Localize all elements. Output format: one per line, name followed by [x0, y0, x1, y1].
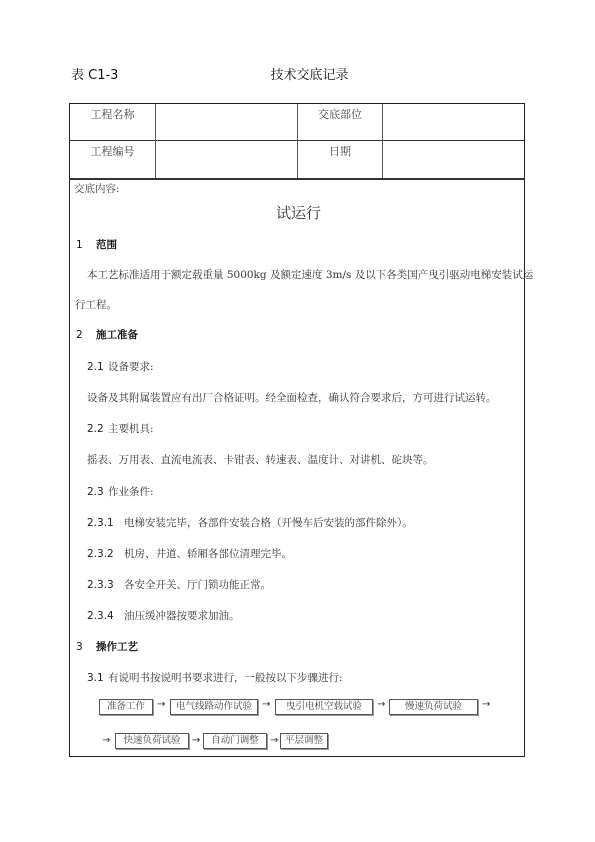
- subheading-number: 2.1: [87, 361, 108, 373]
- heading-text: 施工准备: [96, 329, 138, 341]
- document-title: 技术交底记录: [0, 64, 595, 83]
- heading-number: 3: [76, 641, 96, 653]
- flow-step-preparation: 准备工作: [99, 699, 153, 715]
- date-label: 日期: [298, 143, 382, 159]
- flow-step-leveling-adjust: 平层调整: [280, 733, 328, 749]
- subheading-number: 2.2: [87, 423, 108, 435]
- arrow-icon: →: [377, 699, 385, 710]
- arrow-icon: →: [192, 735, 200, 746]
- flow-step-slow-load-test: 慢速负荷试验: [389, 699, 478, 715]
- subheading-text: 作业条件:: [108, 486, 154, 498]
- scope-paragraph-line2: 行工程。: [75, 297, 117, 312]
- flow-step-fast-load-test: 快速负荷试验: [115, 733, 189, 749]
- subheading-number: 2.3: [87, 486, 108, 498]
- subheading-number: 3.1: [87, 672, 108, 684]
- subheading-tools: 2.2主要机具:: [87, 421, 154, 436]
- subheading-text: 主要机具:: [108, 423, 154, 435]
- scope-paragraph-line1: 本工艺标准适用于额定载重量 5000kg 及额定速度 3m/s 及以下各类国产曳…: [87, 267, 533, 282]
- project-no-field[interactable]: [156, 141, 297, 178]
- subheading-text: 设备要求:: [108, 361, 154, 373]
- item-text: 油压缓冲器按要求加油。: [124, 610, 240, 622]
- project-name-field[interactable]: [156, 104, 297, 140]
- date-field[interactable]: [383, 141, 524, 178]
- subheading-text: 有说明书按说明书要求进行，一般按以下步骤进行:: [108, 672, 343, 684]
- flow-step-motor-noload-test: 曳引电机空载试验: [275, 699, 373, 715]
- condition-item: 2.3.2机房、井道、轿厢各部位清理完毕。: [87, 546, 292, 561]
- heading-preparation: 2施工准备: [76, 327, 138, 342]
- item-number: 2.3.2: [87, 548, 124, 560]
- tools-text: 摇表、万用表、直流电流表、卡钳表、转速表、温度计、对讲机、砣块等。: [87, 452, 434, 467]
- arrow-icon: →: [102, 735, 110, 746]
- subheading-procedure: 3.1有说明书按说明书要求进行，一般按以下步骤进行:: [87, 670, 343, 685]
- subheading-equipment: 2.1设备要求:: [87, 359, 154, 374]
- section-title: 试运行: [0, 202, 595, 223]
- condition-item: 2.3.3各安全开关、厅门锁功能正常。: [87, 577, 271, 592]
- condition-item: 2.3.4油压缓冲器按要求加油。: [87, 608, 240, 623]
- heading-number: 2: [76, 329, 96, 341]
- disclosure-part-field[interactable]: [383, 104, 524, 140]
- flow-step-auto-door-adjust: 自动门调整: [203, 733, 267, 749]
- item-text: 电梯安装完毕，各部件安装合格（开慢车后安装的部件除外）。: [124, 517, 413, 529]
- arrow-icon: →: [270, 735, 278, 746]
- arrow-icon: →: [262, 699, 270, 710]
- item-number: 2.3.3: [87, 579, 124, 591]
- disclosure-part-label: 交底部位: [298, 106, 382, 122]
- flow-step-electrical-test: 电气线路动作试验: [170, 699, 258, 715]
- item-text: 各安全开关、厅门锁功能正常。: [124, 579, 271, 591]
- heading-scope: 1范围: [76, 237, 117, 252]
- heading-number: 1: [76, 239, 96, 251]
- condition-item: 2.3.1电梯安装完毕，各部件安装合格（开慢车后安装的部件除外）。: [87, 515, 413, 530]
- row-divider-2: [69, 178, 525, 180]
- heading-text: 范围: [96, 239, 117, 251]
- subheading-conditions: 2.3作业条件:: [87, 484, 154, 499]
- equipment-text: 设备及其附属装置应有出厂合格证明。经全面检查，确认符合要求后，方可进行试运转。: [87, 390, 497, 405]
- heading-operation: 3操作工艺: [76, 639, 138, 654]
- arrow-icon: →: [482, 699, 490, 710]
- arrow-icon: →: [157, 699, 165, 710]
- item-text: 机房、井道、轿厢各部位清理完毕。: [124, 548, 292, 560]
- project-no-label: 工程编号: [70, 143, 155, 159]
- item-number: 2.3.4: [87, 610, 124, 622]
- heading-text: 操作工艺: [96, 641, 138, 653]
- project-name-label: 工程名称: [70, 106, 155, 122]
- content-label: 交底内容:: [74, 181, 120, 196]
- item-number: 2.3.1: [87, 517, 124, 529]
